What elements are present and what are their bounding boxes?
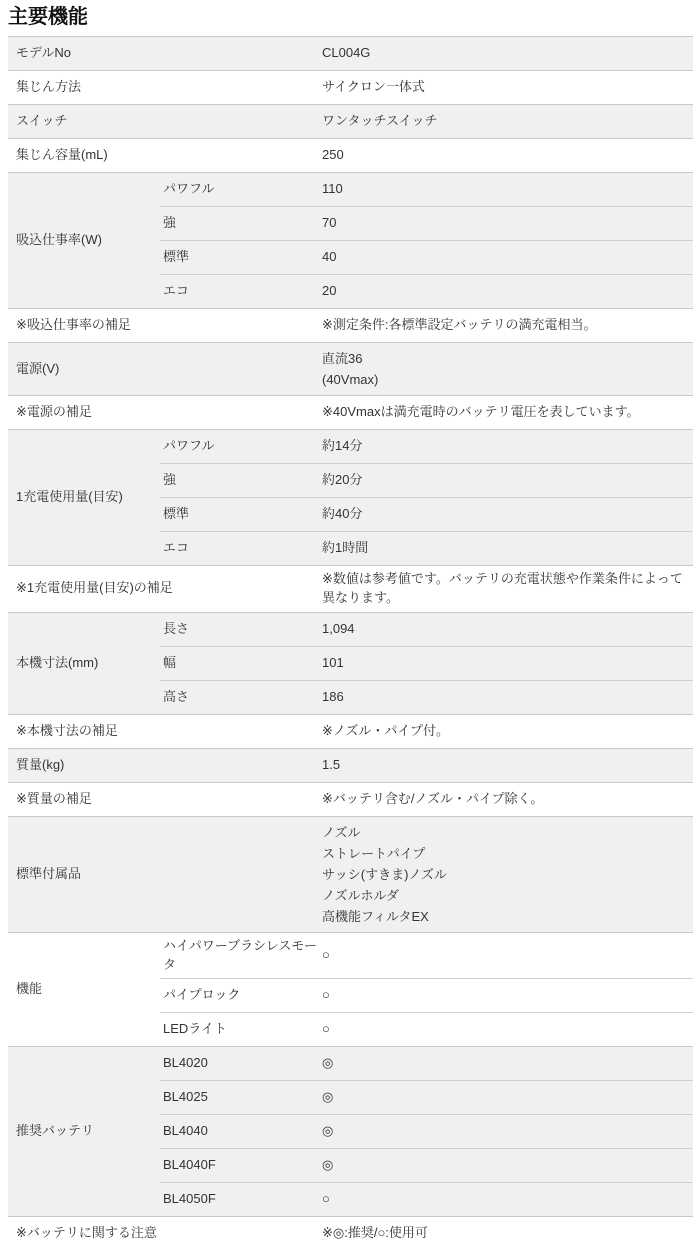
sub-row: 幅101 [160,646,693,680]
row-label: 機能 [8,933,160,1047]
value-line: ノズルホルダ [322,885,399,906]
table-row: 本機寸法(mm)長さ1,094幅101高さ186 [8,612,693,714]
sub-label: BL4040 [160,1115,322,1148]
sub-value: 約1時間 [322,532,693,565]
sub-rows: BL4020◎BL4025◎BL4040◎BL4040F◎BL4050F○ [160,1047,693,1216]
table-row: 質量(kg)1.5 [8,748,693,782]
sub-rows: パワフル110強70標準40エコ20 [160,173,693,308]
row-label: モデルNo [8,37,322,70]
row-label: 標準付属品 [8,817,322,932]
value-line: (40Vmax) [322,369,378,390]
sub-rows: ハイパワーブラシレスモータ○パイプロック○LEDライト○ [160,933,693,1047]
row-value: CL004G [322,37,693,70]
sub-label: パワフル [160,430,322,463]
row-label: ※1充電使用量(目安)の補足 [8,566,322,612]
sub-value: 約20分 [322,464,693,497]
sub-row: パワフル110 [160,173,693,206]
table-row: スイッチワンタッチスイッチ [8,104,693,138]
table-row: ※本機寸法の補足※ノズル・パイプ付。 [8,714,693,748]
sub-row: BL4040F◎ [160,1148,693,1182]
sub-value: ○ [322,1183,693,1216]
sub-value: 40 [322,241,693,274]
row-label: ※電源の補足 [8,396,322,429]
sub-row: 強約20分 [160,463,693,497]
sub-label: パワフル [160,173,322,206]
sub-label: BL4050F [160,1183,322,1216]
row-label: スイッチ [8,105,322,138]
row-value: ※数値は参考値です。バッテリの充電状態や作業条件によって異なります。 [322,566,693,612]
sub-row: 標準約40分 [160,497,693,531]
sub-label: ハイパワーブラシレスモータ [160,933,322,979]
row-label: ※質量の補足 [8,783,322,816]
row-value: 直流36(40Vmax) [322,343,693,395]
table-row: ※バッテリに関する注意※◎:推奨/○:使用可 [8,1216,693,1250]
sub-value: ◎ [322,1081,693,1114]
row-value: ※測定条件:各標準設定バッテリの満充電相当。 [322,309,693,342]
row-value: ※ノズル・パイプ付。 [322,715,693,748]
row-value: ※◎:推奨/○:使用可 [322,1217,693,1250]
table-row: 吸込仕事率(W)パワフル110強70標準40エコ20 [8,172,693,308]
table-row: 推奨バッテリBL4020◎BL4025◎BL4040◎BL4040F◎BL405… [8,1046,693,1216]
row-value: ワンタッチスイッチ [322,105,693,138]
sub-value: 70 [322,207,693,240]
sub-row: 標準40 [160,240,693,274]
sub-label: エコ [160,275,322,308]
value-line: ノズル [322,822,360,843]
sub-label: 標準 [160,241,322,274]
row-value: 1.5 [322,749,693,782]
row-label: 本機寸法(mm) [8,613,160,714]
table-row: 集じん容量(mL)250 [8,138,693,172]
sub-row: エコ約1時間 [160,531,693,565]
sub-row: パイプロック○ [160,978,693,1012]
value-line: サッシ(すきま)ノズル [322,864,447,885]
sub-row: BL4050F○ [160,1182,693,1216]
row-label: ※吸込仕事率の補足 [8,309,322,342]
row-label: 質量(kg) [8,749,322,782]
sub-row: エコ20 [160,274,693,308]
sub-row: BL4020◎ [160,1047,693,1080]
sub-rows: 長さ1,094幅101高さ186 [160,613,693,714]
sub-row: ハイパワーブラシレスモータ○ [160,933,693,979]
sub-value: ○ [322,933,693,979]
row-label: 吸込仕事率(W) [8,173,160,308]
value-line: ストレートパイプ [322,843,425,864]
sub-value: ◎ [322,1115,693,1148]
sub-value: 1,094 [322,613,693,646]
table-row: 標準付属品ノズルストレートパイプサッシ(すきま)ノズルノズルホルダ高機能フィルタ… [8,816,693,932]
table-row: 電源(V)直流36(40Vmax) [8,342,693,395]
sub-label: 長さ [160,613,322,646]
row-label: ※本機寸法の補足 [8,715,322,748]
sub-value: ◎ [322,1149,693,1182]
sub-label: 高さ [160,681,322,714]
row-label: 1充電使用量(目安) [8,430,160,565]
table-row: 集じん方法サイクロン一体式 [8,70,693,104]
table-row: 機能ハイパワーブラシレスモータ○パイプロック○LEDライト○ [8,932,693,1047]
sub-row: 長さ1,094 [160,613,693,646]
sub-rows: パワフル約14分強約20分標準約40分エコ約1時間 [160,430,693,565]
sub-value: 101 [322,647,693,680]
table-row: モデルNoCL004G [8,36,693,70]
sub-row: BL4040◎ [160,1114,693,1148]
row-label: 電源(V) [8,343,322,395]
row-value: 250 [322,139,693,172]
sub-value: 約40分 [322,498,693,531]
value-line: 高機能フィルタEX [322,906,429,927]
row-value: ノズルストレートパイプサッシ(すきま)ノズルノズルホルダ高機能フィルタEX [322,817,693,932]
spec-table: モデルNoCL004G集じん方法サイクロン一体式スイッチワンタッチスイッチ集じん… [8,36,693,1250]
sub-value: ◎ [322,1047,693,1080]
row-label: 推奨バッテリ [8,1047,160,1216]
value-line: 直流36 [322,348,362,369]
row-label: 集じん方法 [8,71,322,104]
sub-label: エコ [160,532,322,565]
sub-row: 強70 [160,206,693,240]
sub-label: 強 [160,464,322,497]
sub-label: BL4025 [160,1081,322,1114]
sub-row: 高さ186 [160,680,693,714]
row-value: ※バッテリ含む/ノズル・パイプ除く。 [322,783,693,816]
table-row: ※質量の補足※バッテリ含む/ノズル・パイプ除く。 [8,782,693,816]
sub-label: 幅 [160,647,322,680]
row-label: ※バッテリに関する注意 [8,1217,322,1250]
table-row: 1充電使用量(目安)パワフル約14分強約20分標準約40分エコ約1時間 [8,429,693,565]
sub-row: BL4025◎ [160,1080,693,1114]
sub-value: ○ [322,1013,693,1046]
row-value: ※40Vmaxは満充電時のバッテリ電圧を表しています。 [322,396,693,429]
sub-value: 約14分 [322,430,693,463]
sub-value: 110 [322,173,693,206]
sub-value: 186 [322,681,693,714]
sub-label: BL4020 [160,1047,322,1080]
sub-row: パワフル約14分 [160,430,693,463]
sub-value: 20 [322,275,693,308]
row-value: サイクロン一体式 [322,71,693,104]
sub-value: ○ [322,979,693,1012]
sub-label: 強 [160,207,322,240]
page-title: 主要機能 [8,5,700,29]
table-row: ※吸込仕事率の補足※測定条件:各標準設定バッテリの満充電相当。 [8,308,693,342]
sub-label: LEDライト [160,1013,322,1046]
table-row: ※1充電使用量(目安)の補足※数値は参考値です。バッテリの充電状態や作業条件によ… [8,565,693,612]
table-row: ※電源の補足※40Vmaxは満充電時のバッテリ電圧を表しています。 [8,395,693,429]
sub-label: 標準 [160,498,322,531]
row-label: 集じん容量(mL) [8,139,322,172]
sub-label: パイプロック [160,979,322,1012]
sub-row: LEDライト○ [160,1012,693,1046]
sub-label: BL4040F [160,1149,322,1182]
